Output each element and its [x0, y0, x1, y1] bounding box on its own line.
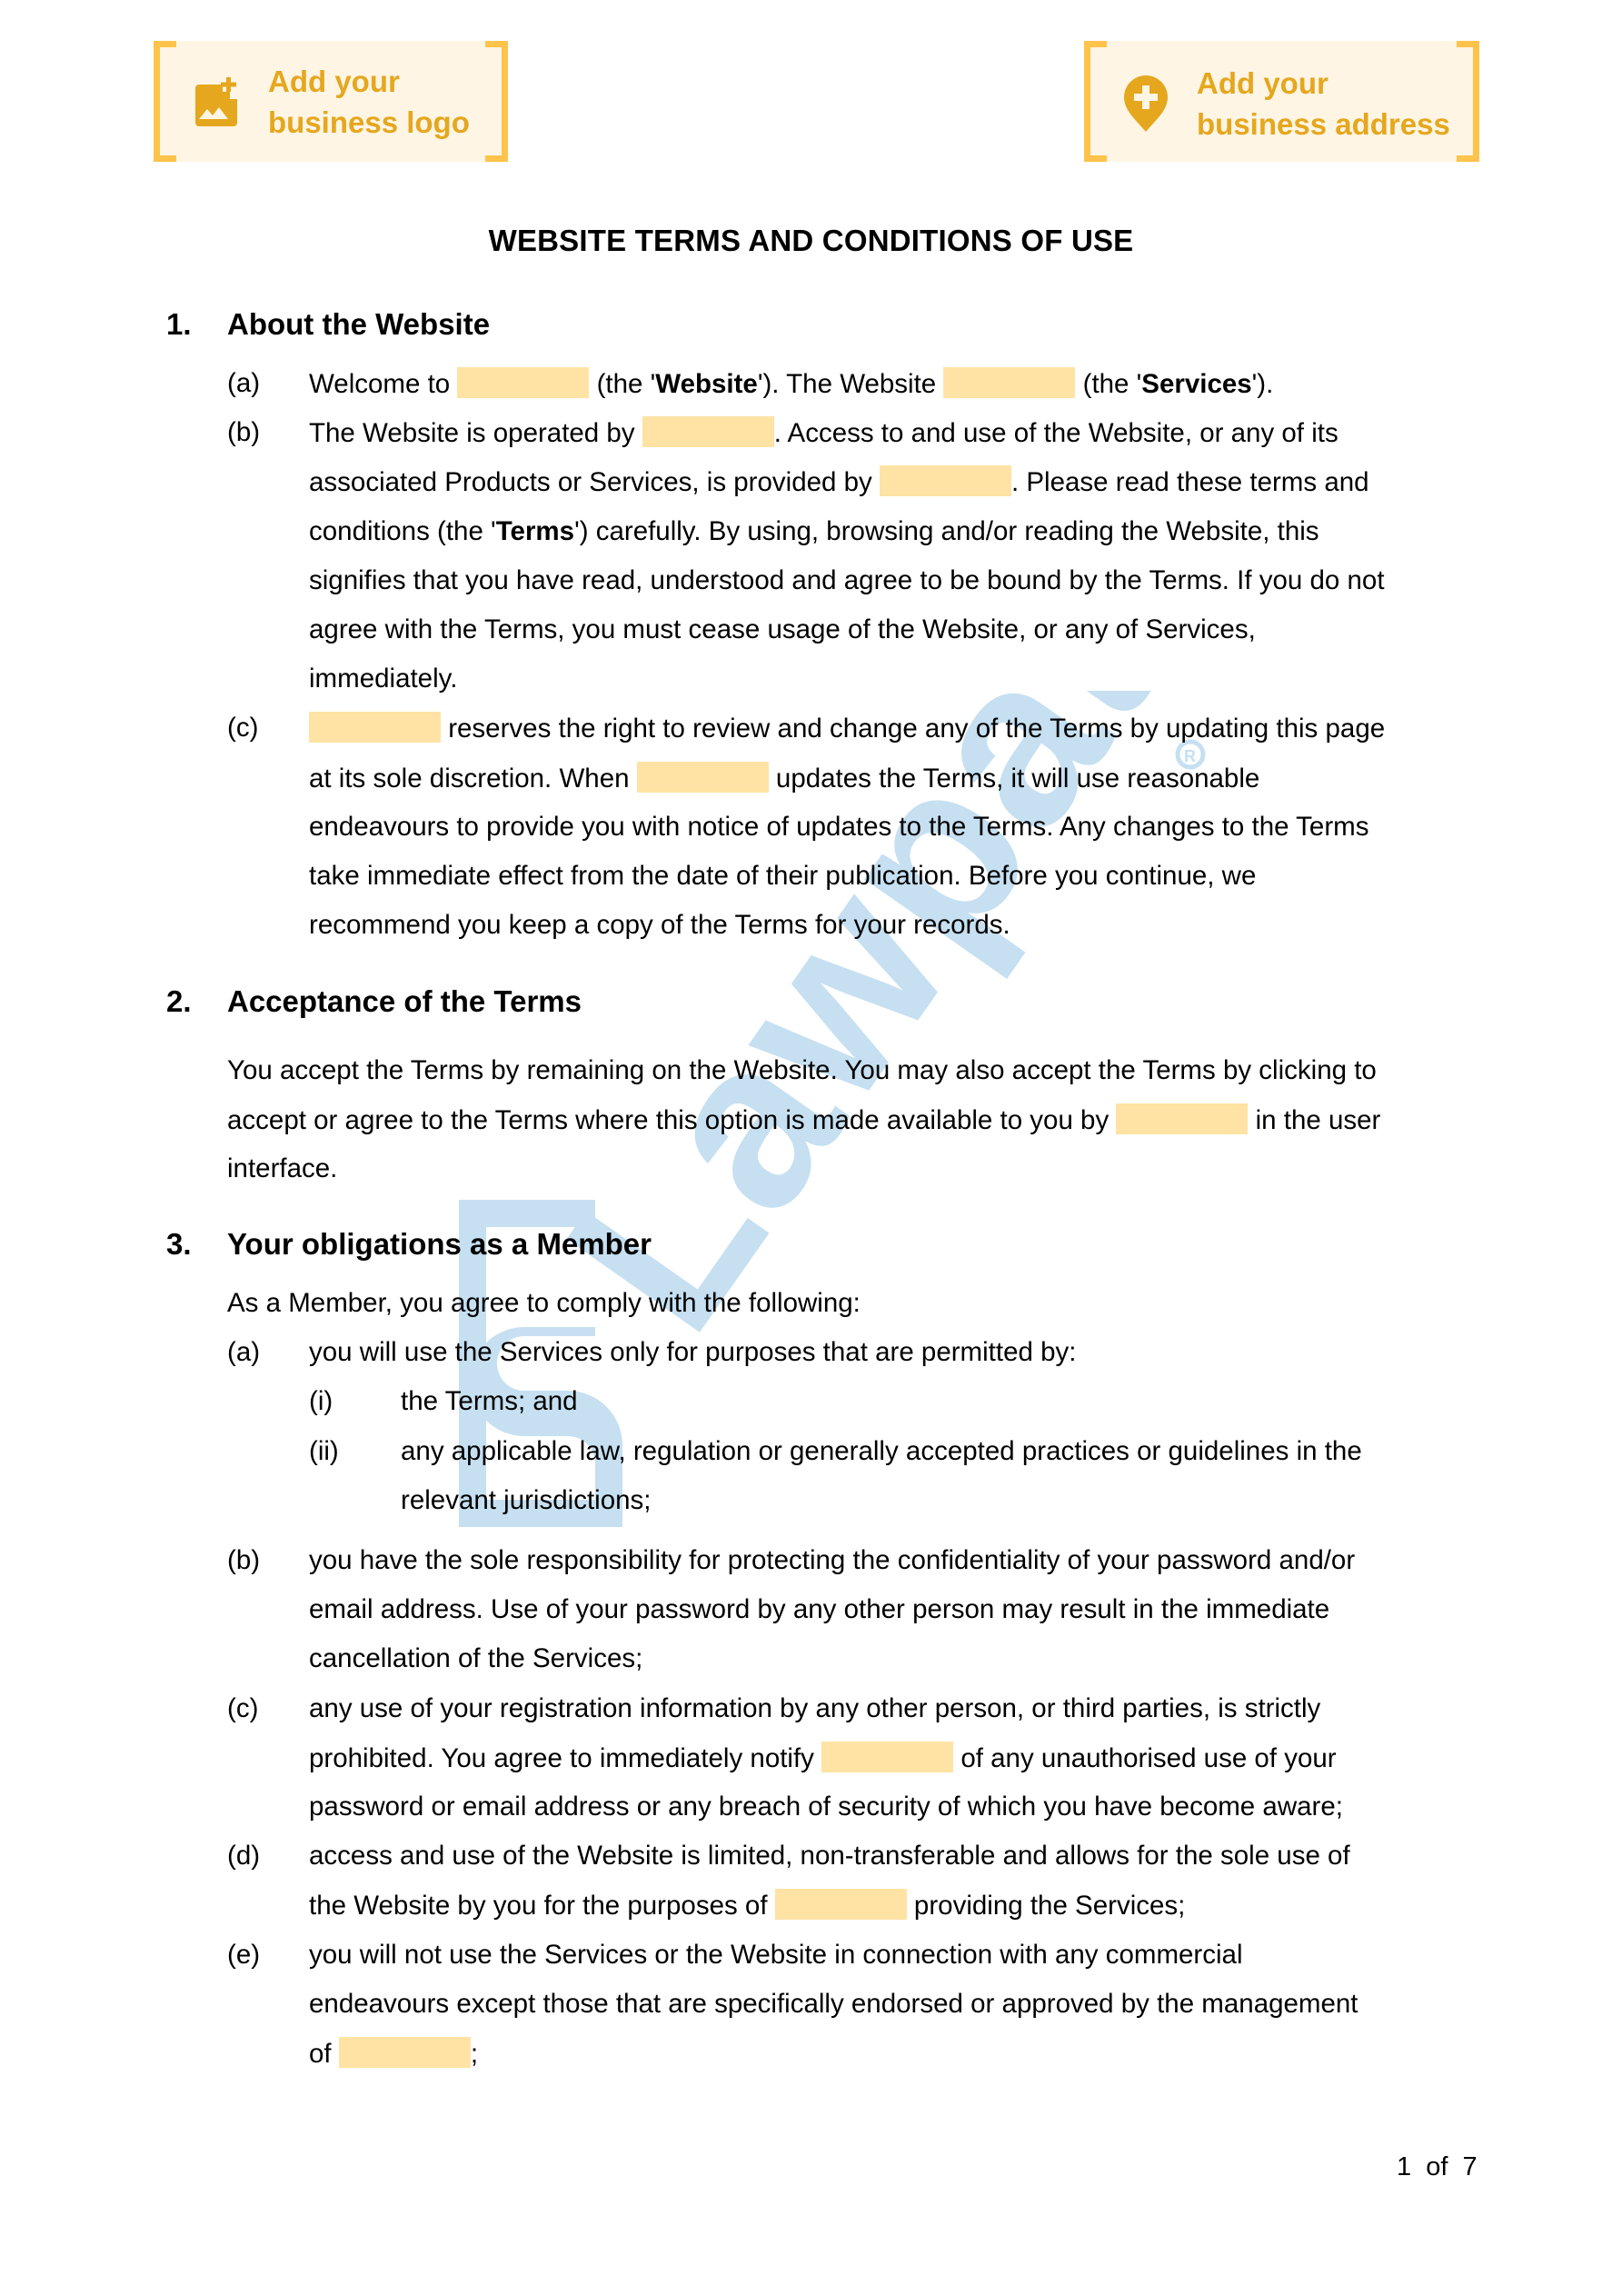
fill-in-blank-field[interactable] — [637, 762, 769, 793]
page-of-label: of — [1426, 2152, 1448, 2181]
bracket-left — [1084, 41, 1107, 162]
clause-line: immediately. — [309, 663, 457, 695]
add-logo-label: Add your business logo — [268, 61, 470, 143]
sub-list-label: (i) — [309, 1385, 333, 1418]
fill-in-blank-field[interactable] — [1116, 1103, 1248, 1134]
clause-line: of ; — [309, 2037, 478, 2071]
fill-in-blank-field[interactable] — [943, 367, 1075, 398]
clause-line: you will not use the Services or the Web… — [309, 1939, 1243, 1972]
clause-line: agree with the Terms, you must cease usa… — [309, 614, 1256, 646]
current-page: 1 — [1397, 2152, 1411, 2181]
defined-term: Terms — [496, 516, 574, 546]
list-label: (a) — [227, 367, 260, 400]
bracket-right — [485, 41, 508, 162]
list-label: (c) — [227, 712, 258, 744]
list-label: (b) — [227, 1544, 260, 1577]
clause-line: endeavours except those that are specifi… — [309, 1988, 1358, 2021]
section-intro: As a Member, you agree to comply with th… — [227, 1287, 861, 1320]
clause-line: password or email address or any breach … — [309, 1791, 1343, 1823]
total-pages: 7 — [1462, 2152, 1477, 2181]
fill-in-blank-field[interactable] — [339, 2037, 471, 2068]
section-number: 3. — [166, 1227, 192, 1262]
clause-line: conditions (the 'Terms') carefully. By u… — [309, 515, 1319, 548]
clause-line: take immediate effect from the date of t… — [309, 860, 1256, 893]
add-business-address-placeholder[interactable]: Add your business address — [1084, 41, 1479, 162]
fill-in-blank-field[interactable] — [821, 1742, 953, 1772]
fill-in-blank-field[interactable] — [309, 712, 441, 743]
document-title: WEBSITE TERMS AND CONDITIONS OF USE — [0, 224, 1622, 258]
paragraph-line: accept or agree to the Terms where this … — [227, 1103, 1380, 1137]
clause-line: the Website by you for the purposes of p… — [309, 1889, 1185, 1922]
page-number: 1 of 7 — [1397, 2152, 1478, 2182]
sub-clause-line: the Terms; and — [401, 1385, 578, 1418]
list-label: (e) — [227, 1939, 260, 1972]
section-title: Acceptance of the Terms — [227, 984, 582, 1019]
fill-in-blank-field[interactable] — [880, 465, 1011, 496]
list-label: (b) — [227, 416, 260, 449]
section-number: 1. — [166, 307, 192, 342]
section-title: About the Website — [227, 307, 490, 342]
sub-list-label: (ii) — [309, 1435, 339, 1468]
clause-line: you will use the Services only for purpo… — [309, 1336, 1076, 1369]
clause-line: The Website is operated by . Access to a… — [309, 416, 1338, 450]
list-label: (a) — [227, 1336, 260, 1369]
clause-line: endeavours to provide you with notice of… — [309, 811, 1369, 844]
add-address-label: Add your business address — [1197, 63, 1450, 145]
fill-in-blank-field[interactable] — [457, 367, 589, 398]
clause-line: any use of your registration information… — [309, 1692, 1320, 1725]
document-page: Lawpath R Add your business logo Add you — [0, 0, 1622, 2296]
clause-line: you have the sole responsibility for pro… — [309, 1544, 1355, 1577]
clause-line: Welcome to (the 'Website'). The Website … — [309, 367, 1273, 401]
list-label: (c) — [227, 1692, 258, 1725]
fill-in-blank-field[interactable] — [642, 416, 774, 447]
bracket-right — [1457, 41, 1479, 162]
add-image-icon — [192, 77, 239, 128]
clause-line: recommend you keep a copy of the Terms f… — [309, 909, 1010, 942]
paragraph-line: You accept the Terms by remaining on the… — [227, 1054, 1377, 1087]
clause-line: prohibited. You agree to immediately not… — [309, 1742, 1337, 1775]
fill-in-blank-field[interactable] — [775, 1889, 907, 1920]
add-business-logo-placeholder[interactable]: Add your business logo — [154, 41, 508, 162]
clause-line: email address. Use of your password by a… — [309, 1593, 1329, 1626]
clause-line: at its sole discretion. When updates the… — [309, 762, 1259, 795]
sub-clause-line: any applicable law, regulation or genera… — [401, 1435, 1362, 1468]
clause-line: reserves the right to review and change … — [309, 712, 1385, 745]
list-label: (d) — [227, 1840, 260, 1872]
defined-term: Website — [655, 369, 758, 399]
clause-line: associated Products or Services, is prov… — [309, 465, 1369, 499]
paragraph-line: interface. — [227, 1153, 337, 1185]
clause-line: signifies that you have read, understood… — [309, 564, 1385, 597]
clause-line: cancellation of the Services; — [309, 1642, 642, 1675]
section-title: Your obligations as a Member — [227, 1227, 652, 1262]
section-number: 2. — [166, 984, 192, 1019]
clause-line: access and use of the Website is limited… — [309, 1840, 1350, 1872]
add-location-pin-icon — [1122, 74, 1169, 134]
bracket-left — [154, 41, 176, 162]
sub-clause-line: relevant jurisdictions; — [401, 1484, 651, 1517]
defined-term: Services — [1141, 369, 1251, 399]
